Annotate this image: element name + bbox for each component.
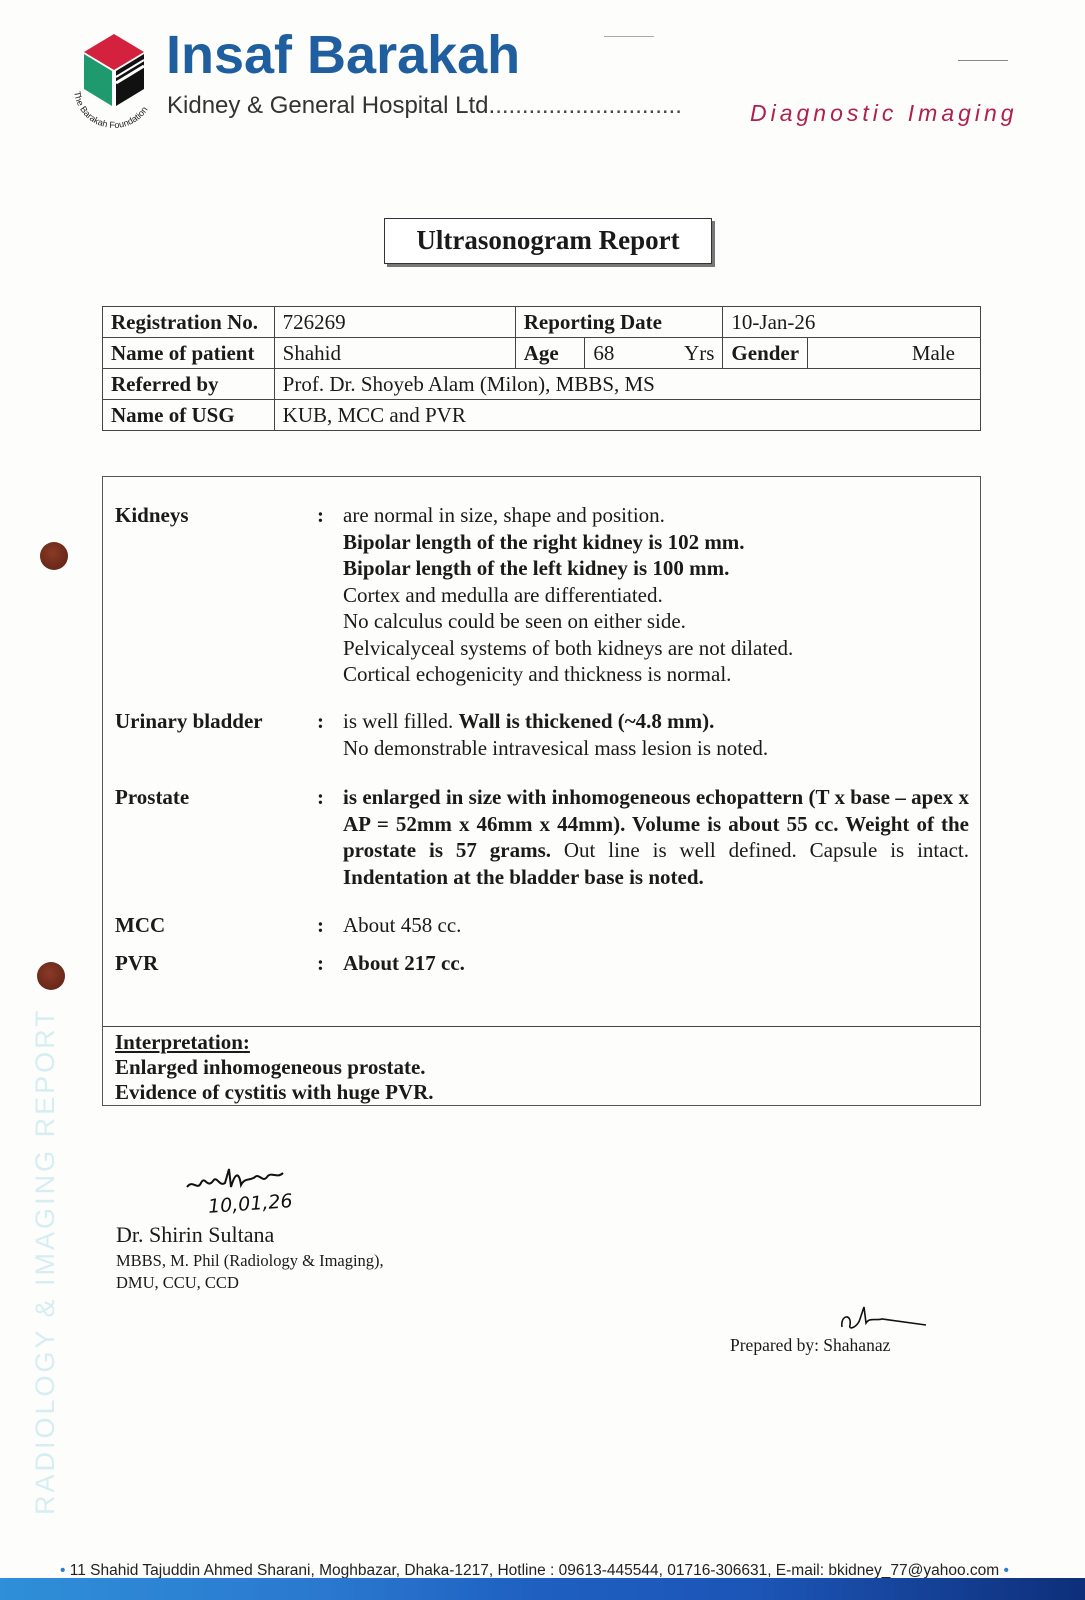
hospital-name: Insaf Barakah (166, 28, 520, 82)
usg-name-label: Name of USG (103, 400, 275, 431)
table-row: Registration No. 726269 Reporting Date 1… (103, 307, 981, 338)
colon: : (317, 785, 324, 810)
footer-color-bar (0, 1578, 1085, 1600)
referred-by-value: Prof. Dr. Shoyeb Alam (Milon), MBBS, MS (274, 369, 980, 400)
age-value: 68Yrs (585, 338, 723, 369)
bladder-findings: is well filled. Wall is thickened (~4.8 … (343, 708, 969, 761)
finding-text-bold: Indentation at the bladder base is noted… (343, 865, 704, 889)
pvr-label: PVR (115, 951, 295, 976)
dotted-leader: ............................ (495, 92, 682, 119)
colon: : (317, 709, 324, 734)
patient-name-label: Name of patient (103, 338, 275, 369)
table-row: Referred by Prof. Dr. Shoyeb Alam (Milon… (103, 369, 981, 400)
finding-line: Cortex and medulla are differentiated. (343, 582, 969, 609)
patient-info-table: Registration No. 726269 Reporting Date 1… (102, 306, 981, 431)
hospital-subtitle: Kidney & General Hospital Ltd...........… (167, 92, 682, 120)
punch-hole (40, 542, 68, 570)
reporting-date-label: Reporting Date (515, 307, 723, 338)
finding-text-bold: Wall is thickened (~4.8 mm). (458, 709, 714, 733)
finding-line: Cortical echogenicity and thickness is n… (343, 661, 969, 688)
credentials-line: MBBS, M. Phil (Radiology & Imaging), (116, 1250, 384, 1272)
registration-value: 726269 (274, 307, 515, 338)
kidneys-label: Kidneys (115, 503, 295, 528)
barakah-foundation-logo: The Barakah Foundation (66, 30, 162, 130)
divider (103, 1026, 980, 1027)
signature-date: 10,01,26 (207, 1190, 293, 1218)
patient-name-value: Shahid (274, 338, 515, 369)
registration-label: Registration No. (103, 307, 275, 338)
bullet-icon: • (60, 1562, 65, 1579)
interpretation-line: Evidence of cystitis with huge PVR. (115, 1080, 434, 1105)
table-row: Name of USG KUB, MCC and PVR (103, 400, 981, 431)
watermark-text: RADIOLOGY & IMAGING REPORT (30, 1007, 61, 1515)
finding-text: is well filled. (343, 709, 458, 733)
finding-line: No calculus could be seen on either side… (343, 608, 969, 635)
finding-line: Bipolar length of the left kidney is 100… (343, 555, 969, 582)
interpretation-line: Enlarged inhomogeneous prostate. (115, 1055, 434, 1080)
doctor-name: Dr. Shirin Sultana (116, 1222, 274, 1248)
reporting-date-value: 10-Jan-26 (723, 307, 981, 338)
finding-line: No demonstrable intravesical mass lesion… (343, 735, 969, 762)
finding-line: are normal in size, shape and position. (343, 502, 969, 529)
scan-mark (958, 60, 1008, 62)
prostate-findings: is enlarged in size with inhomogeneous e… (343, 784, 969, 890)
colon: : (317, 951, 324, 976)
address-text: 11 Shahid Tajuddin Ahmed Sharani, Moghba… (70, 1562, 999, 1579)
pvr-value: About 217 cc. (343, 950, 969, 977)
age-label: Age (515, 338, 585, 369)
colon: : (317, 913, 324, 938)
punch-hole (37, 962, 65, 990)
prostate-label: Prostate (115, 785, 295, 810)
referred-by-label: Referred by (103, 369, 275, 400)
finding-line: Bipolar length of the right kidney is 10… (343, 529, 969, 556)
scan-mark (604, 36, 654, 38)
prepared-by: Prepared by: Shahanaz (730, 1335, 890, 1356)
mcc-value: About 458 cc. (343, 912, 969, 939)
kidneys-findings: are normal in size, shape and position. … (343, 502, 969, 688)
hospital-subtitle-text: Kidney & General Hospital Ltd. (167, 92, 495, 119)
age-unit: Yrs (684, 338, 714, 368)
gender-value: Male (808, 338, 981, 369)
department-name: Diagnostic Imaging (750, 100, 1018, 127)
finding-text: Out line is well defined. Capsule is int… (551, 838, 969, 862)
report-title: Ultrasonogram Report (384, 218, 712, 264)
colon: : (317, 503, 324, 528)
bullet-icon: • (1004, 1562, 1009, 1579)
interpretation-heading: Interpretation: (115, 1030, 434, 1055)
interpretation-section: Interpretation: Enlarged inhomogeneous p… (115, 1030, 434, 1105)
finding-line: Pelvicalyceal systems of both kidneys ar… (343, 635, 969, 662)
findings-box: Kidneys : are normal in size, shape and … (102, 476, 981, 1106)
age-number: 68 (593, 341, 614, 365)
gender-label: Gender (723, 338, 808, 369)
credentials-line: DMU, CCU, CCD (116, 1272, 384, 1294)
usg-name-value: KUB, MCC and PVR (274, 400, 980, 431)
doctor-credentials: MBBS, M. Phil (Radiology & Imaging), DMU… (116, 1250, 384, 1294)
mcc-label: MCC (115, 913, 295, 938)
preparer-signature (838, 1305, 928, 1333)
bladder-label: Urinary bladder (115, 709, 295, 734)
table-row: Name of patient Shahid Age 68Yrs Gender … (103, 338, 981, 369)
